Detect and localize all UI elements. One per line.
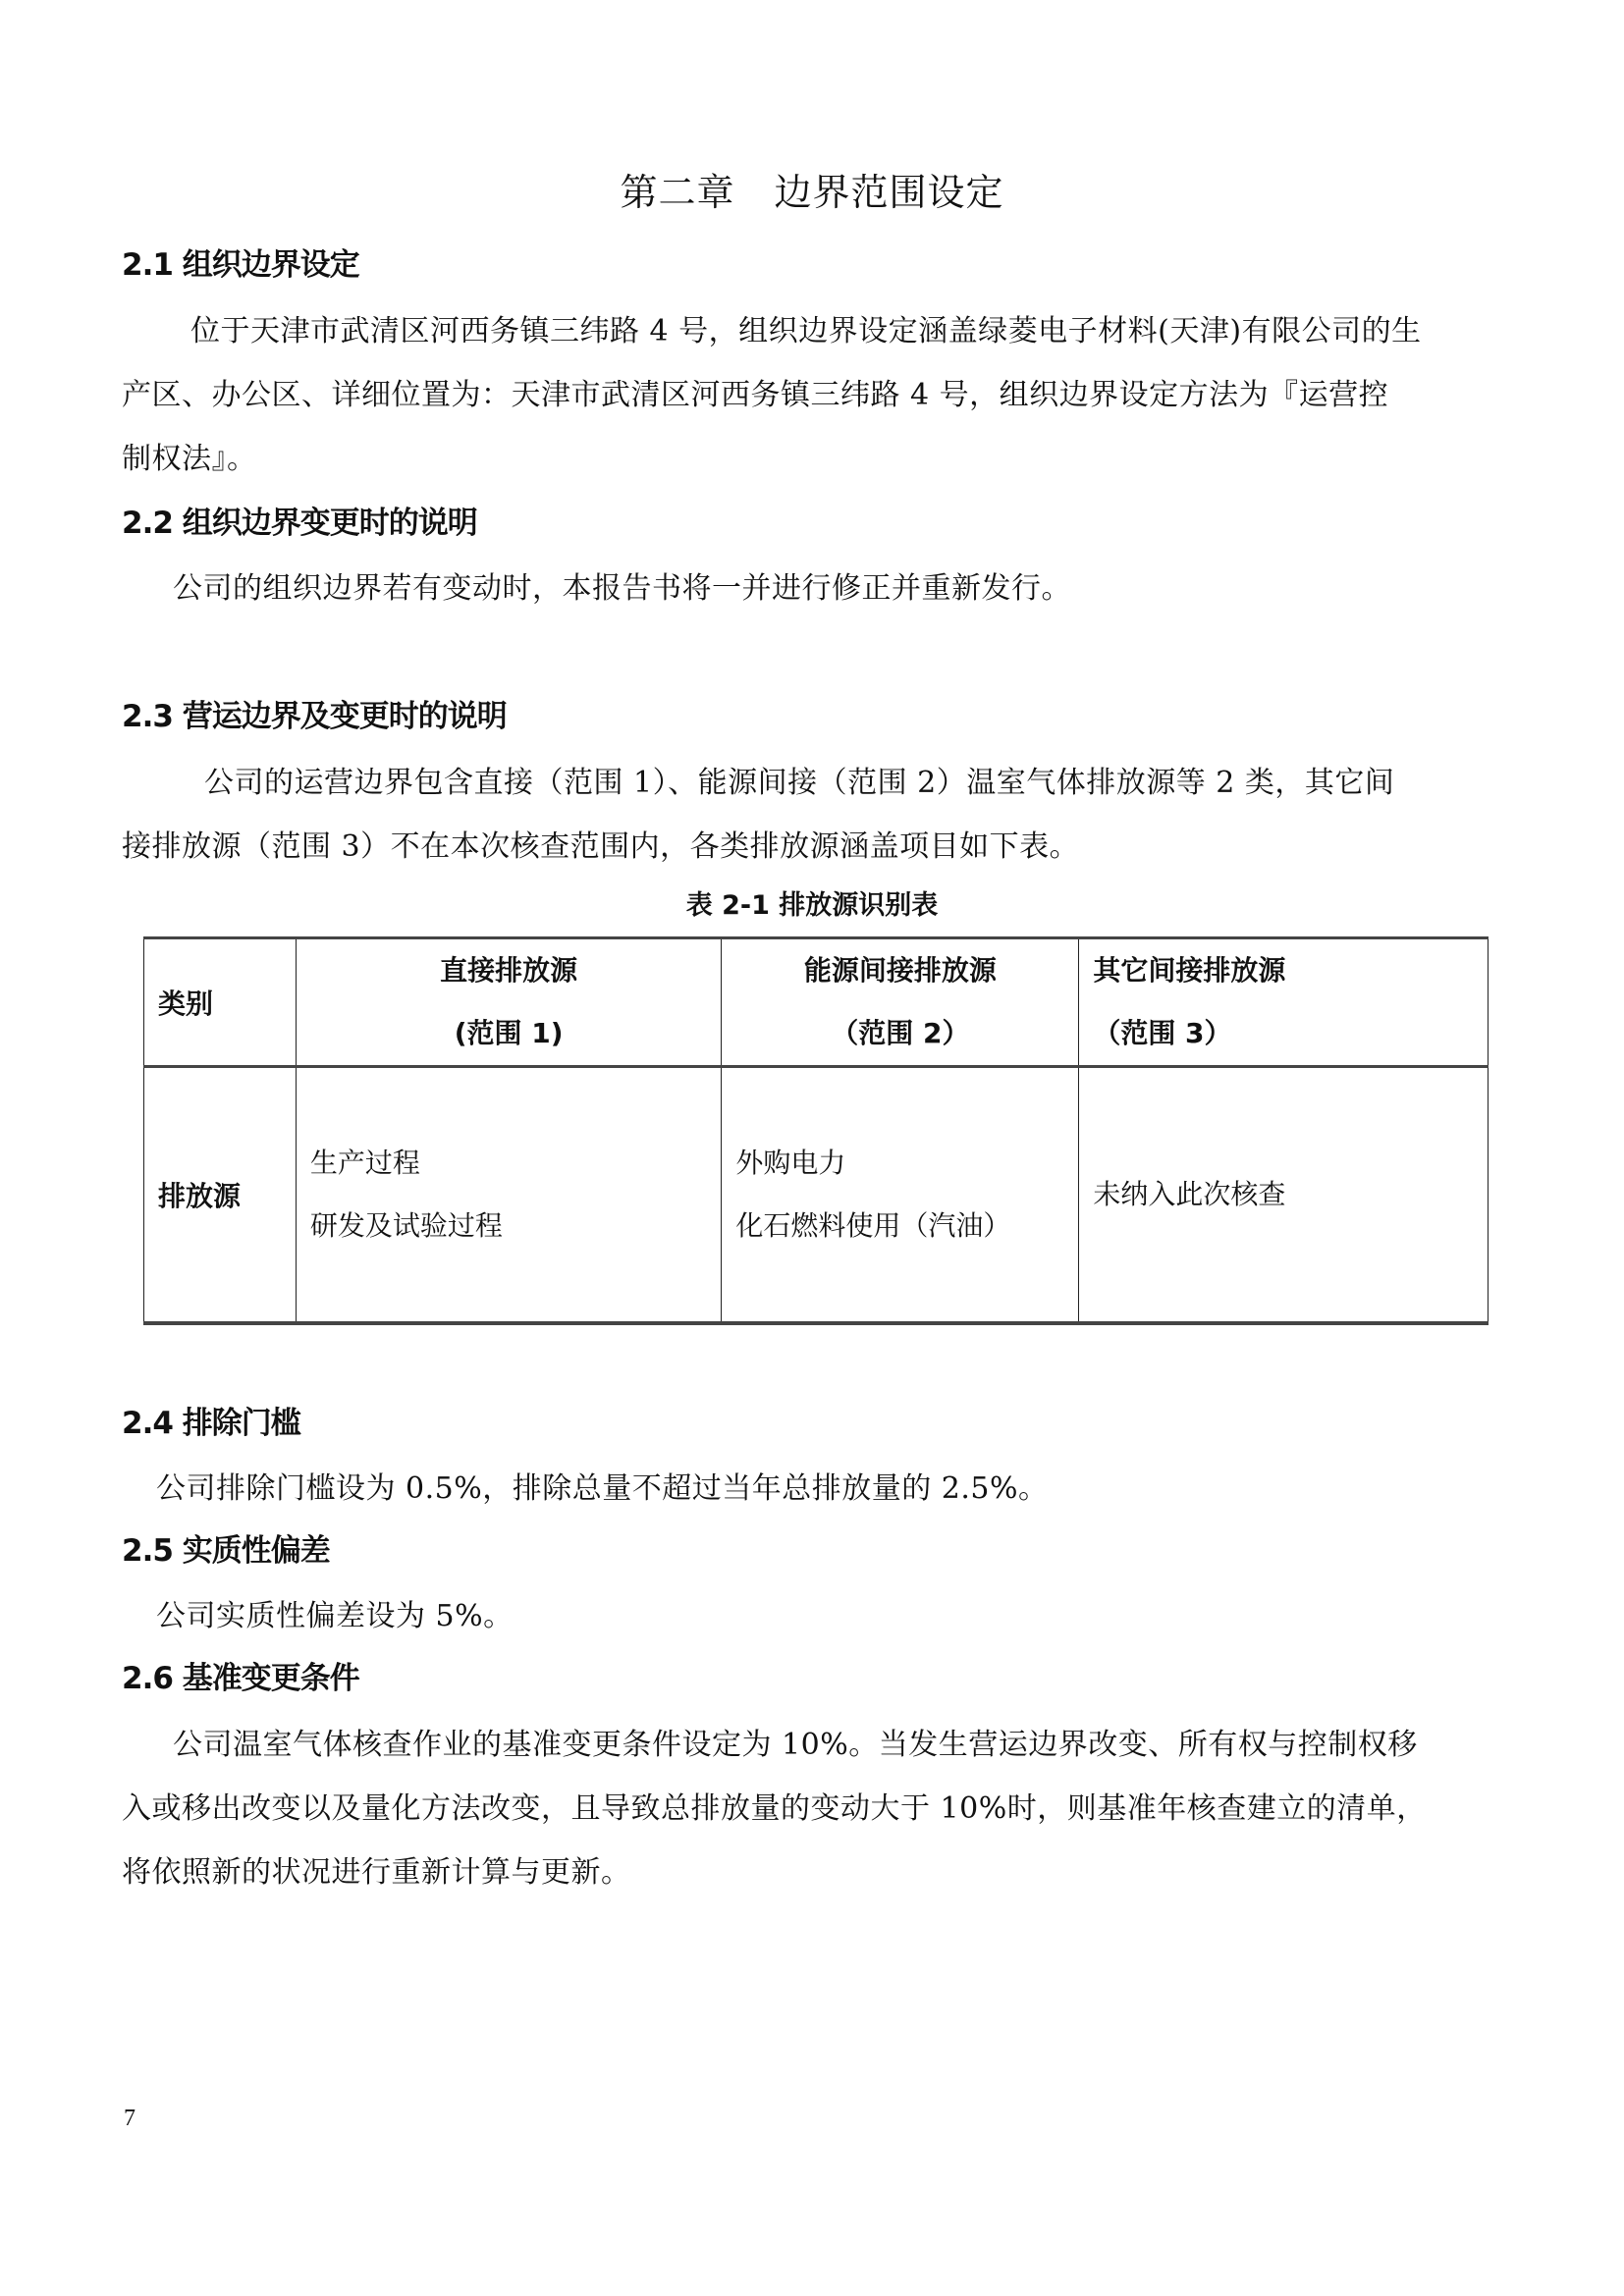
page-number: 7 xyxy=(124,2106,135,2132)
paragraph-line: 接排放源（范围 3）不在本次核查范围内，各类排放源涵盖项目如下表。 xyxy=(122,815,1516,879)
emission-source-table: 类别 直接排放源 (范围 1) 能源间接排放源 （范围 2） 其它间接排放源 （… xyxy=(143,936,1489,1325)
section-paragraph-2-3: 公司的运营边界包含直接（范围 1）、能源间接（范围 2）温室气体排放源等 2 类… xyxy=(122,751,1516,879)
paragraph-line: 将依照新的状况进行重新计算与更新。 xyxy=(122,1841,1516,1904)
section-heading-2-5: 2.5 实质性偏差 xyxy=(122,1529,330,1573)
section-paragraph-2-1: 位于天津市武清区河西务镇三纬路 4 号，组织边界设定涵盖绿菱电子材料(天津)有限… xyxy=(122,299,1516,491)
column-scope: （范围 2） xyxy=(735,1002,1064,1065)
cell-item: 研发及试验过程 xyxy=(310,1195,708,1257)
section-paragraph-2-2: 公司的组织边界若有变动时，本报告书将一并进行修正并重新发行。 xyxy=(122,557,1516,620)
paragraph-line: 公司温室气体核查作业的基准变更条件设定为 10%。当发生营运边界改变、所有权与控… xyxy=(122,1713,1516,1777)
paragraph-line: 入或移出改变以及量化方法改变，且导致总排放量的变动大于 10%时，则基准年核查建… xyxy=(122,1777,1516,1841)
paragraph-line: 公司排除门槛设为 0.5%，排除总量不超过当年总排放量的 2.5%。 xyxy=(122,1457,1516,1521)
table-caption: 表 2-1 排放源识别表 xyxy=(0,886,1624,926)
section-paragraph-2-5: 公司实质性偏差设为 5%。 xyxy=(122,1584,1516,1648)
chapter-name: 边界范围设定 xyxy=(775,171,1004,214)
table-header-row: 类别 直接排放源 (范围 1) 能源间接排放源 （范围 2） 其它间接排放源 （… xyxy=(144,938,1489,1067)
paragraph-line: 公司实质性偏差设为 5%。 xyxy=(122,1584,1516,1648)
column-title: 能源间接排放源 xyxy=(735,939,1064,1002)
column-scope: (范围 1) xyxy=(310,1002,708,1065)
section-heading-2-2: 2.2 组织边界变更时的说明 xyxy=(122,502,477,545)
paragraph-line: 制权法』。 xyxy=(122,427,1516,491)
table-cell-scope-2: 外购电力 化石燃料使用（汽油） xyxy=(722,1067,1079,1324)
paragraph-line: 位于天津市武清区河西务镇三纬路 4 号，组织边界设定涵盖绿菱电子材料(天津)有限… xyxy=(122,299,1516,363)
table-row: 排放源 生产过程 研发及试验过程 外购电力 化石燃料使用（汽油） 未纳入此次核查 xyxy=(144,1067,1489,1324)
column-title: 其它间接排放源 xyxy=(1093,939,1474,1002)
chapter-title: 第二章边界范围设定 xyxy=(0,165,1624,220)
section-heading-2-1: 2.1 组织边界设定 xyxy=(122,243,359,287)
cell-item: 化石燃料使用（汽油） xyxy=(735,1195,1064,1257)
section-paragraph-2-4: 公司排除门槛设为 0.5%，排除总量不超过当年总排放量的 2.5%。 xyxy=(122,1457,1516,1521)
paragraph-line: 产区、办公区、详细位置为：天津市武清区河西务镇三纬路 4 号，组织边界设定方法为… xyxy=(122,363,1516,427)
section-heading-2-6: 2.6 基准变更条件 xyxy=(122,1657,359,1700)
table-header-scope-2: 能源间接排放源 （范围 2） xyxy=(722,938,1079,1067)
chapter-number: 第二章 xyxy=(620,171,734,214)
section-paragraph-2-6: 公司温室气体核查作业的基准变更条件设定为 10%。当发生营运边界改变、所有权与控… xyxy=(122,1713,1516,1904)
table-header-category: 类别 xyxy=(144,938,297,1067)
table-cell-scope-3: 未纳入此次核查 xyxy=(1079,1067,1489,1324)
paragraph-line: 公司的组织边界若有变动时，本报告书将一并进行修正并重新发行。 xyxy=(122,557,1516,620)
table-header-scope-3: 其它间接排放源 （范围 3） xyxy=(1079,938,1489,1067)
column-scope: （范围 3） xyxy=(1093,1002,1474,1065)
cell-item: 外购电力 xyxy=(735,1132,1064,1195)
section-heading-2-3: 2.3 营运边界及变更时的说明 xyxy=(122,695,507,738)
paragraph-line: 公司的运营边界包含直接（范围 1）、能源间接（范围 2）温室气体排放源等 2 类… xyxy=(122,751,1516,815)
cell-item: 生产过程 xyxy=(310,1132,708,1195)
table-cell-scope-1: 生产过程 研发及试验过程 xyxy=(296,1067,722,1324)
table-header-scope-1: 直接排放源 (范围 1) xyxy=(296,938,722,1067)
document-page: 第二章边界范围设定 2.1 组织边界设定 位于天津市武清区河西务镇三纬路 4 号… xyxy=(0,0,1624,2296)
table-row-label: 排放源 xyxy=(144,1067,297,1324)
column-title: 直接排放源 xyxy=(310,939,708,1002)
cell-item: 未纳入此次核查 xyxy=(1093,1163,1474,1226)
section-heading-2-4: 2.4 排除门槛 xyxy=(122,1402,300,1445)
